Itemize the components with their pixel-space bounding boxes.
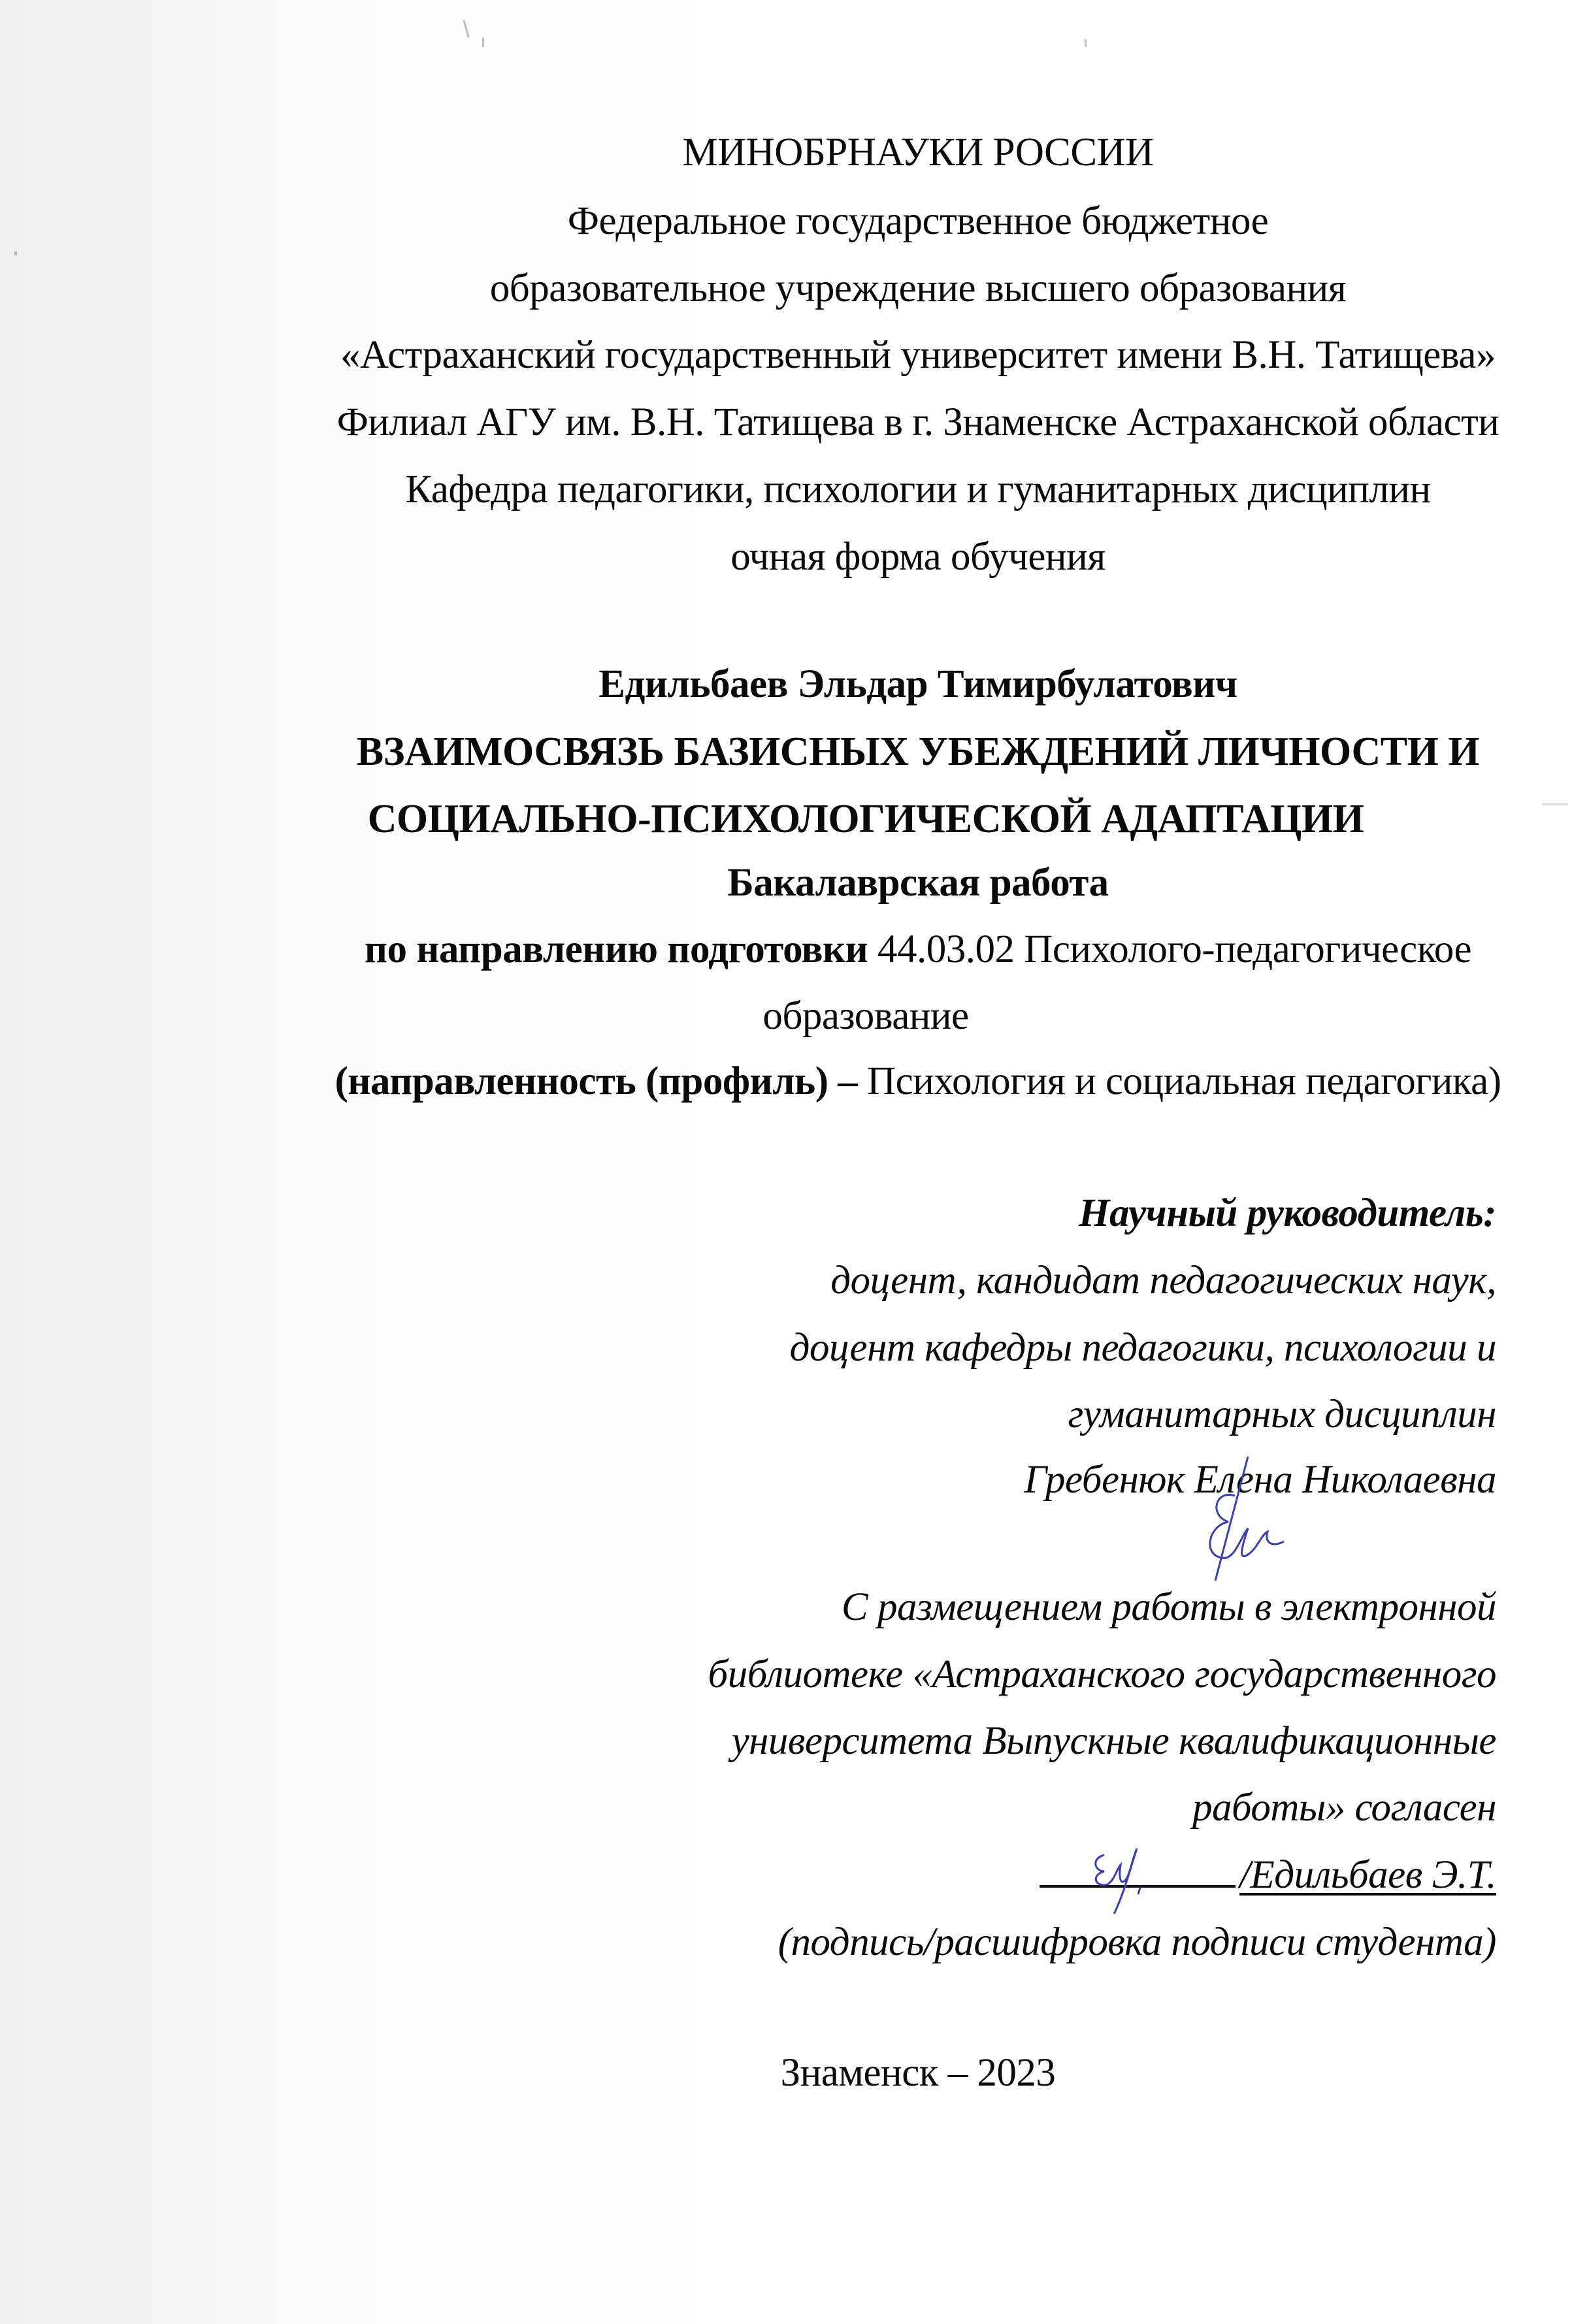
direction-value: 44.03.02 Психолого-педагогическое — [868, 928, 1471, 971]
department-name: Кафедра педагогики, психологии и гуманит… — [327, 466, 1509, 513]
university-name: «Астраханский государственный университе… — [327, 332, 1509, 379]
place-year: Знаменск – 2023 — [327, 2050, 1509, 2097]
scan-speck — [463, 20, 469, 38]
direction-continued: образование — [274, 993, 1457, 1040]
profile-value: Психология и социальная педагогика) — [857, 1059, 1501, 1103]
profile: (направленность (профиль) – Психология и… — [327, 1058, 1509, 1105]
supervisor-signature — [1176, 1450, 1320, 1607]
scan-speck — [482, 38, 484, 47]
consent-line-3: университета Выпускные квалификационные — [457, 1718, 1496, 1765]
profile-label: (направленность (профиль) – — [335, 1059, 857, 1103]
supervisor-line-1: доцент, кандидат педагогических наук, — [457, 1257, 1496, 1304]
ministry: МИНОБРНАУКИ РОССИИ — [327, 129, 1509, 176]
supervisor-line-3: гуманитарных дисциплин — [457, 1391, 1496, 1438]
consent-line-2: библиотеке «Астраханского государственно… — [457, 1651, 1496, 1698]
student-signature — [1078, 1842, 1156, 1920]
consent-line-4: работы» согласен — [457, 1784, 1496, 1832]
branch-name: Филиал АГУ им. В.Н. Татищева в г. Знамен… — [327, 399, 1509, 446]
supervisor-name: Гребенюк Елена Николаевна — [457, 1457, 1496, 1504]
direction: по направлению подготовки 44.03.02 Психо… — [327, 926, 1509, 973]
supervisor-label: Научный руководитель: — [457, 1190, 1496, 1237]
title-line-1: ВЗАИМОСВЯЗЬ БАЗИСНЫХ УБЕЖДЕНИЙ ЛИЧНОСТИ … — [327, 728, 1509, 775]
author-name: Едильбаев Эльдар Тимирбулатович — [327, 661, 1509, 708]
student-name-sign: /Едильбаев Э.Т. — [1239, 1853, 1496, 1897]
consent-line-1: С размещением работы в электронной — [457, 1584, 1496, 1631]
scan-speck — [1542, 803, 1568, 805]
direction-label: по направлению подготовки — [365, 928, 868, 971]
institution-line-1: Федеральное государственное бюджетное — [327, 198, 1509, 245]
work-type: Бакалаврская работа — [327, 860, 1509, 907]
title-line-2: СОЦИАЛЬНО-ПСИХОЛОГИЧЕСКОЙ АДАПТАЦИИ — [274, 796, 1457, 843]
study-form: очная форма обучения — [327, 534, 1509, 581]
scan-speck — [14, 251, 17, 255]
institution-line-2: образовательное учреждение высшего образ… — [327, 265, 1509, 312]
student-signature-line: /Едильбаев Э.Т. — [457, 1852, 1496, 1899]
supervisor-line-2: доцент кафедры педагогики, психологии и — [457, 1325, 1496, 1372]
title-page: МИНОБРНАУКИ РОССИИ Федеральное государст… — [0, 0, 1589, 2324]
scan-speck — [1085, 39, 1087, 47]
signature-caption: (подпись/расшифровка подписи студента) — [457, 1919, 1496, 1966]
